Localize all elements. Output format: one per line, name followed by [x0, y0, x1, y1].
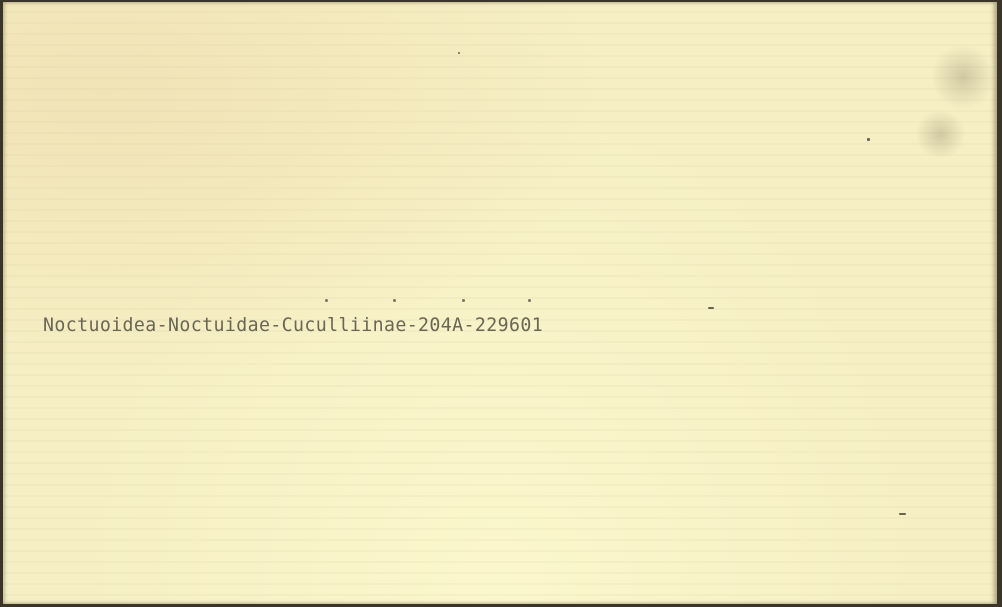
card-label: Noctuoidea-Noctuidae-Cuculliinae-204A-22… — [43, 314, 543, 336]
smudge-mark — [933, 42, 993, 112]
index-card: Noctuoidea-Noctuidae-Cuculliinae-204A-22… — [3, 2, 997, 604]
speck-mark — [708, 307, 714, 309]
speck-mark — [458, 52, 460, 54]
smudge-mark — [913, 112, 968, 157]
speck-mark — [899, 513, 906, 515]
speck-mark — [867, 138, 870, 141]
